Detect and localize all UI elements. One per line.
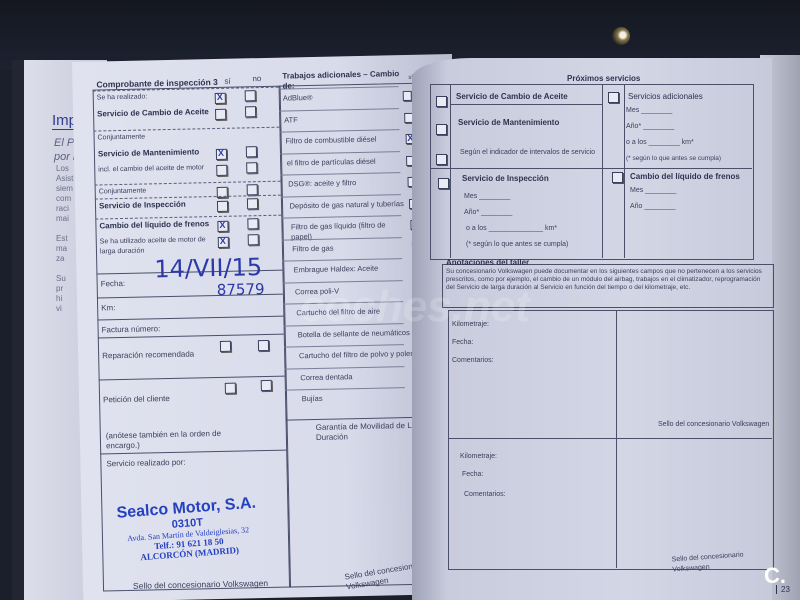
inspection-no-checkbox[interactable] xyxy=(247,184,258,195)
inspection-si-checkbox[interactable] xyxy=(217,201,228,212)
inspeccion-km: o a los ______________ km* xyxy=(466,224,557,234)
inspection-no-checkbox[interactable] xyxy=(247,198,258,209)
inspection-no-checkbox[interactable] xyxy=(246,146,257,157)
inspection-no-checkbox[interactable] xyxy=(245,90,256,101)
adicionales-footnote: (* según lo que antes se cumpla) xyxy=(626,154,721,164)
anotaciones-title: Anotaciones del taller xyxy=(446,258,529,268)
inspeccion-anio: Año* ________ xyxy=(464,208,512,218)
comentarios-label-1: Comentarios: xyxy=(452,356,494,366)
additional-work-si-checkbox[interactable] xyxy=(403,91,412,101)
next-inspeccion-label: Servicio de Inspección xyxy=(462,174,549,184)
inspection-si-checkbox[interactable] xyxy=(216,165,227,176)
fecha-label-2: Fecha: xyxy=(462,470,483,480)
factura-label: Factura número: xyxy=(102,324,161,335)
reparacion-si-checkbox[interactable] xyxy=(220,341,231,352)
next-inspeccion-checkbox[interactable] xyxy=(438,178,449,189)
inspection-no-checkbox[interactable] xyxy=(248,234,259,245)
inspection-si-checkbox[interactable] xyxy=(215,109,226,120)
kilometraje-label-2: Kilometraje: xyxy=(460,452,497,462)
proximos-header: Próximos servicios xyxy=(567,74,640,84)
peticion-si-checkbox[interactable] xyxy=(225,383,236,394)
watermark: coches.net xyxy=(300,282,530,332)
next-liquido-frenos-label: Cambio del líquido de frenos xyxy=(630,172,740,182)
inspection-no-checkbox[interactable] xyxy=(246,162,257,173)
servicio-realizado-label: Servicio realizado por: xyxy=(106,458,185,470)
next-mantenimiento-checkbox[interactable] xyxy=(436,124,447,135)
adicionales-km: o a los ________ km* xyxy=(626,138,694,148)
metal-ornament xyxy=(612,27,630,45)
dealer-stamp: Sealco Motor, S.A. 0310T Avda. San Martí… xyxy=(106,494,270,565)
peticion-no-checkbox[interactable] xyxy=(261,380,272,391)
inspection-si-checkbox[interactable] xyxy=(218,237,229,248)
peticion-label: Petición del cliente xyxy=(103,394,170,405)
next-adicionales-label: Servicios adicionales xyxy=(628,92,703,102)
orden-note: (anótese también en la orden de encargo.… xyxy=(106,429,226,452)
reparacion-label: Reparación recomendada xyxy=(102,350,194,362)
inspeccion-footnote: (* según lo que antes se cumpla) xyxy=(466,240,568,250)
handwritten-date: 14/VII/15 xyxy=(154,253,262,283)
inspection-si-checkbox[interactable] xyxy=(217,221,228,232)
back-page-paragraph: LosAsistsiemcomracimai Estmaza Suprhivi xyxy=(56,164,73,314)
adicionales-mes: Mes ________ xyxy=(626,106,672,116)
inspection-no-checkbox[interactable] xyxy=(247,218,258,229)
adicionales-anio: Año* ________ xyxy=(626,122,674,132)
left-sello: Sello del concesionario Volkswagen xyxy=(133,578,268,591)
inspection-no-checkbox[interactable] xyxy=(245,106,256,117)
next-mantenimiento-label: Servicio de Mantenimiento xyxy=(458,118,559,128)
next-adicionales-checkbox[interactable] xyxy=(608,92,619,103)
next-segun-indicador-checkbox[interactable] xyxy=(436,154,447,165)
segun-indicador-label: Según el indicador de intervalos de serv… xyxy=(460,148,595,158)
workshop-notes-grid xyxy=(448,310,774,570)
col-si: sí xyxy=(224,77,230,87)
fecha-label-1: Fecha: xyxy=(452,338,473,348)
fecha-label: Fecha: xyxy=(101,279,126,290)
reparacion-no-checkbox[interactable] xyxy=(258,340,269,351)
inspection-si-checkbox[interactable] xyxy=(215,93,226,104)
col-no: no xyxy=(252,74,261,84)
sello-1: Sello del concesionario Volkswagen xyxy=(658,420,769,430)
book-spine xyxy=(12,60,24,600)
next-cambio-aceite-checkbox[interactable] xyxy=(436,96,447,107)
next-cambio-aceite-label: Servicio de Cambio de Aceite xyxy=(456,92,568,102)
frenos-mes: Mes ________ xyxy=(630,186,676,196)
inspeccion-mes: Mes ________ xyxy=(464,192,510,202)
next-liquido-frenos-checkbox[interactable] xyxy=(612,172,623,183)
frenos-anio: Año ________ xyxy=(630,202,676,212)
handwritten-km: 87579 xyxy=(217,280,265,299)
km-label: Km: xyxy=(101,303,115,313)
page-number: 23 xyxy=(776,585,790,594)
inspection-si-checkbox[interactable] xyxy=(216,149,227,160)
comentarios-label-2: Comentarios: xyxy=(464,490,506,500)
